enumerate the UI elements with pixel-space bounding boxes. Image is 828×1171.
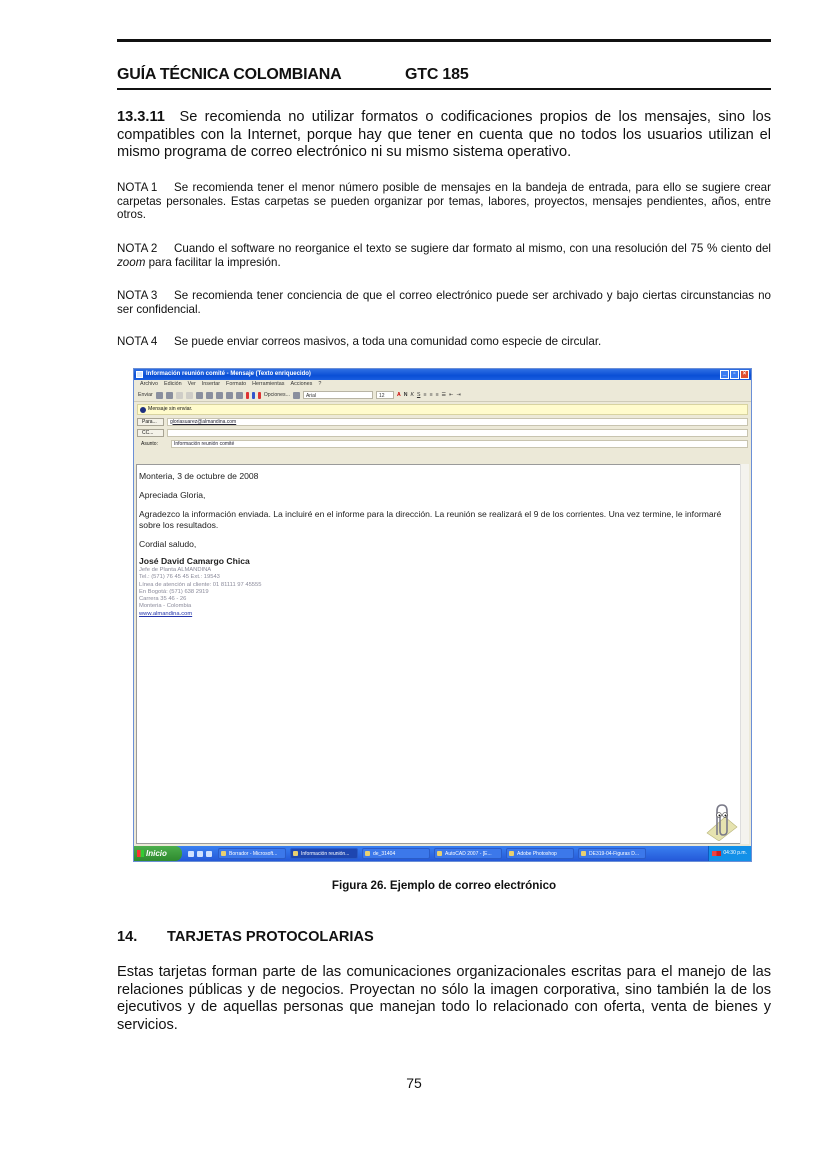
subject-label: Asunto:	[137, 441, 168, 447]
section-number: 13.3.11	[117, 109, 165, 125]
info-bar: Mensaje sin enviar.	[137, 404, 748, 415]
note-label: NOTA 4	[117, 335, 174, 349]
check-names-icon[interactable]	[226, 392, 233, 399]
signature-line: Jefe de Planta ALMANDINA	[139, 567, 738, 574]
menu-edicion[interactable]: Edición	[164, 380, 182, 389]
closing: Cordial saludo,	[139, 539, 738, 550]
note-text: Se recomienda tener conciencia de que el…	[117, 289, 771, 316]
send-button[interactable]: Enviar	[138, 389, 153, 401]
italic-icon[interactable]: K	[410, 389, 413, 401]
message-body[interactable]: Monteria, 3 de octubre de 2008 Apreciada…	[136, 464, 741, 844]
menu-acciones[interactable]: Acciones	[290, 380, 312, 389]
note-3: NOTA 3Se recomienda tener conciencia de …	[117, 289, 771, 316]
greeting: Apreciada Gloria,	[139, 490, 738, 501]
window-title: Información reunión comité - Mensaje (Te…	[146, 371, 311, 377]
menu-insertar[interactable]: Insertar	[202, 380, 220, 389]
low-importance-icon[interactable]	[252, 392, 255, 399]
maximize-button[interactable]: ▫	[730, 370, 739, 379]
section-14-heading: 14.TARJETAS PROTOCOLARIAS	[117, 929, 374, 945]
bold-icon[interactable]: N	[404, 389, 408, 401]
font-select[interactable]: Arial	[303, 391, 373, 399]
app-icon[interactable]	[206, 851, 212, 857]
outdent-icon[interactable]: ⇤	[449, 389, 453, 401]
page-number: 75	[0, 1075, 828, 1091]
figure-caption: Figura 26. Ejemplo de correo electrónico	[117, 879, 771, 892]
info-bar-text: Mensaje sin enviar.	[148, 406, 192, 412]
note-label: NOTA 3	[117, 289, 174, 303]
paragraph-13-3-11: 13.3.11 Se recomienda no utilizar format…	[117, 109, 771, 162]
cc-button[interactable]: CC...	[137, 429, 164, 437]
system-tray: 04:30 p.m.	[708, 846, 751, 861]
underline-icon[interactable]: S	[417, 389, 420, 401]
note-label: NOTA 1	[117, 181, 174, 195]
note-1: NOTA 1Se recomienda tener el menor númer…	[117, 181, 771, 222]
paragraph-section-14: Estas tarjetas forman parte de las comun…	[117, 964, 771, 1034]
note-text: Se recomienda tener el menor número posi…	[117, 181, 771, 221]
header-bottom-rule	[117, 88, 771, 90]
menu-bar: Archivo Edición Ver Insertar Formato Her…	[134, 380, 751, 389]
signature-icon[interactable]	[236, 392, 243, 399]
align-center-icon[interactable]: ≡	[429, 389, 432, 401]
menu-herramientas[interactable]: Herramientas	[252, 380, 284, 389]
section-text: Se recomienda no utilizar formatos o cod…	[117, 109, 771, 160]
flag-icon[interactable]	[258, 392, 261, 399]
info-icon	[140, 407, 146, 413]
signature-line: Carrera 35 46 - 26	[139, 596, 738, 603]
message-text: Agradezco la información enviada. La inc…	[139, 509, 738, 531]
align-right-icon[interactable]: ≡	[435, 389, 438, 401]
menu-archivo[interactable]: Archivo	[140, 380, 158, 389]
font-color-icon[interactable]: A	[397, 389, 401, 401]
cut-icon[interactable]	[176, 392, 183, 399]
header-top-rule	[117, 39, 771, 42]
note-text: para facilitar la impresión.	[145, 256, 280, 269]
taskbar-item[interactable]: de_31404	[362, 848, 430, 859]
subject-input[interactable]: Información reunión comité	[171, 440, 748, 448]
email-window-screenshot: Información reunión comité - Mensaje (Te…	[133, 368, 752, 862]
high-importance-icon[interactable]	[246, 392, 249, 399]
outlook-icon[interactable]	[197, 851, 203, 857]
cc-input[interactable]	[167, 429, 748, 437]
windows-taskbar: Inicio Borrador - Microsoft... Informaci…	[134, 846, 751, 861]
signature-line: Tel.: (571) 76 45 45 Ext.: 19543	[139, 574, 738, 581]
signature-name: José David Camargo Chica	[139, 556, 738, 567]
signature-line: En Bogotá: (571) 638 2919	[139, 589, 738, 596]
note-label: NOTA 2	[117, 242, 174, 256]
taskbar-item[interactable]: DE319-04-Figuras D...	[578, 848, 646, 859]
taskbar-item[interactable]: AutoCAD 2007 - [E...	[434, 848, 502, 859]
font-size-select[interactable]: 12	[376, 391, 394, 399]
office-assistant-clippy-icon[interactable]	[703, 803, 739, 841]
taskbar-item[interactable]: Adobe Photoshop	[506, 848, 574, 859]
note-italic: zoom	[117, 256, 145, 269]
note-2: NOTA 2Cuando el software no reorganice e…	[117, 242, 771, 269]
vertical-scrollbar[interactable]	[740, 464, 749, 844]
start-button[interactable]: Inicio	[134, 846, 182, 861]
close-button[interactable]: ×	[740, 370, 749, 379]
header-code: GTC 185	[405, 66, 469, 84]
taskbar-item[interactable]: Información reunión...	[290, 848, 358, 859]
help-icon[interactable]	[293, 392, 300, 399]
indent-icon[interactable]: ⇥	[457, 389, 461, 401]
menu-formato[interactable]: Formato	[226, 380, 246, 389]
page-header: GUÍA TÉCNICA COLOMBIANA GTC 185	[117, 66, 341, 84]
header-title: GUÍA TÉCNICA COLOMBIANA	[117, 66, 341, 83]
to-button[interactable]: Para...	[137, 418, 164, 426]
copy-icon[interactable]	[186, 392, 193, 399]
quick-launch	[188, 851, 212, 857]
note-text: Cuando el software no reorganice el text…	[174, 242, 771, 255]
signature-line: Línea de atención al cliente: 01 81111 9…	[139, 582, 738, 589]
print-icon[interactable]	[166, 392, 173, 399]
message-icon	[136, 371, 143, 378]
date-line: Monteria, 3 de octubre de 2008	[139, 471, 738, 482]
subject-field-row: Asunto: Información reunión comité	[137, 439, 748, 448]
align-left-icon[interactable]: ≡	[423, 389, 426, 401]
cc-field-row: CC...	[137, 428, 748, 437]
clock[interactable]: 04:30 p.m.	[723, 850, 747, 856]
attach-icon[interactable]	[216, 392, 223, 399]
paste-icon[interactable]	[196, 392, 203, 399]
to-input[interactable]: gloriasuarez@almandina.com	[167, 418, 748, 426]
note-text: Se puede enviar correos masivos, a toda …	[174, 335, 601, 348]
to-field-row: Para... gloriasuarez@almandina.com	[137, 417, 748, 426]
save-icon[interactable]	[156, 392, 163, 399]
minimize-button[interactable]: _	[720, 370, 729, 379]
section-text: Estas tarjetas forman parte de las comun…	[117, 964, 771, 1033]
website-link[interactable]: www.almandina.com	[139, 611, 738, 618]
taskbar-item[interactable]: Borrador - Microsoft...	[218, 848, 286, 859]
start-label: Inicio	[146, 849, 167, 858]
address-book-icon[interactable]	[206, 392, 213, 399]
section-title: TARJETAS PROTOCOLARIAS	[167, 929, 374, 945]
options-button[interactable]: Opciones...	[264, 389, 290, 401]
window-titlebar: Información reunión comité - Mensaje (Te…	[134, 369, 751, 380]
bullets-icon[interactable]: ☰	[442, 389, 447, 401]
toolbar: Enviar Opciones... Arial 12 A N K S ≡ ≡ …	[134, 389, 751, 402]
menu-ver[interactable]: Ver	[188, 380, 196, 389]
menu-help[interactable]: ?	[318, 380, 321, 389]
note-4: NOTA 4Se puede enviar correos masivos, a…	[117, 335, 771, 349]
signature-line: Monteria - Colombia	[139, 603, 738, 610]
ie-icon[interactable]	[188, 851, 194, 857]
section-number: 14.	[117, 929, 167, 945]
windows-logo-icon	[137, 850, 144, 857]
